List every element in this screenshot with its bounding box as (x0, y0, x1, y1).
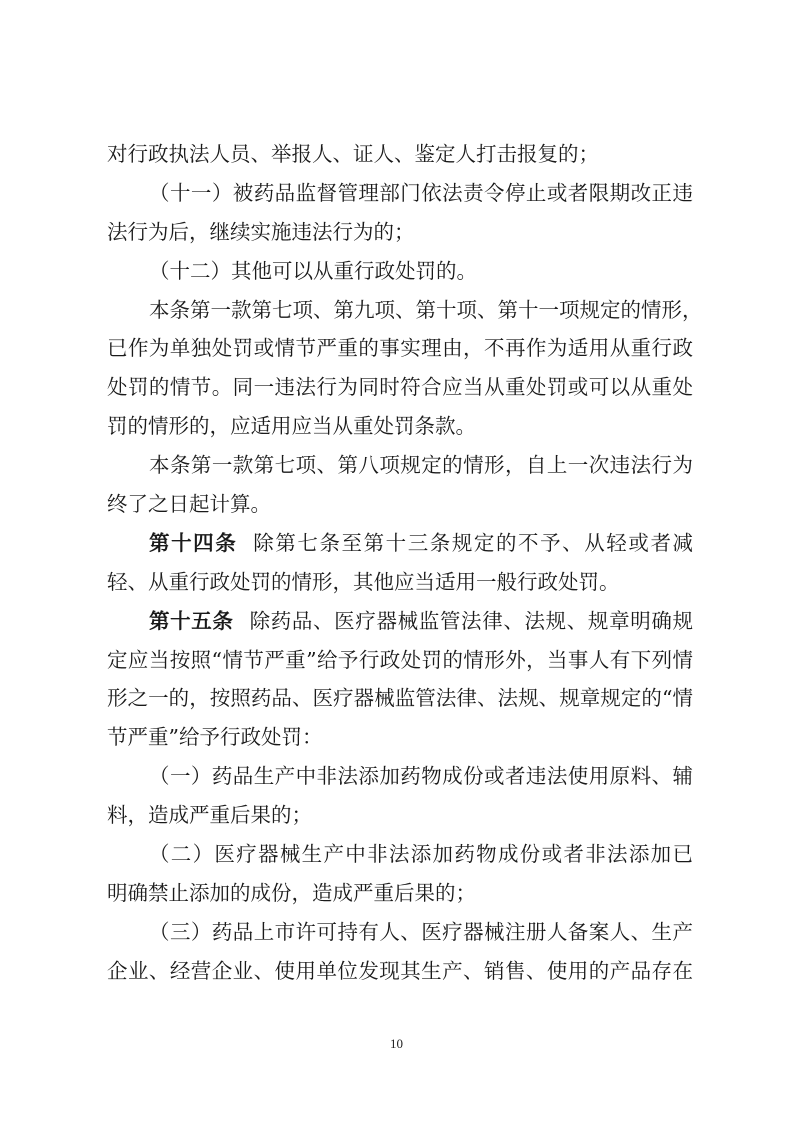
text-line-18: 料，造成严重后果的； (107, 796, 693, 835)
text-line-6: 已作为单独处罚或情节严重的事实理由，不再作为适用从重行政 (107, 329, 693, 368)
text-line-2: （十一）被药品监督管理部门依法责令停止或者限期改正违 (107, 174, 693, 213)
text-line-21: （三）药品上市许可持有人、医疗器械注册人备案人、生产 (107, 913, 693, 952)
article-14-line: 第十四条除第七条至第十三条规定的不予、从轻或者减 (107, 524, 693, 563)
text-line-17: （一）药品生产中非法添加药物成份或者违法使用原料、辅 (107, 757, 693, 796)
text-line-7: 处罚的情节。同一违法行为同时符合应当从重处罚或可以从重处 (107, 368, 693, 407)
page-number: 10 (0, 1036, 793, 1052)
text-line-4: （十二）其他可以从重行政处罚的。 (107, 252, 693, 291)
text-line-12: 轻、从重行政处罚的情形，其他应当适用一般行政处罚。 (107, 563, 693, 602)
text-line-10: 终了之日起计算。 (107, 485, 693, 524)
article-heading: 第十五条 (149, 609, 234, 633)
text-line-20: 明确禁止添加的成份，造成严重后果的； (107, 874, 693, 913)
text-line-1: 对行政执法人员、举报人、证人、鉴定人打击报复的； (107, 135, 693, 174)
text-line-9: 本条第一款第七项、第八项规定的情形，自上一次违法行为 (107, 446, 693, 485)
document-page: 对行政执法人员、举报人、证人、鉴定人打击报复的； （十一）被药品监督管理部门依法… (0, 0, 793, 1122)
document-body: 对行政执法人员、举报人、证人、鉴定人打击报复的； （十一）被药品监督管理部门依法… (107, 135, 693, 991)
text-line-3: 法行为后，继续实施违法行为的； (107, 213, 693, 252)
text-line-5: 本条第一款第七项、第九项、第十项、第十一项规定的情形， (107, 291, 693, 330)
text-line-8: 罚的情形的，应适用应当从重处罚条款。 (107, 407, 693, 446)
article-heading: 第十四条 (149, 531, 237, 555)
text-line-15: 形之一的，按照药品、医疗器械监管法律、法规、规章规定的“情 (107, 679, 693, 718)
text-line-22: 企业、经营企业、使用单位发现其生产、销售、使用的产品存在 (107, 952, 693, 991)
text-line-16: 节严重”给予行政处罚： (107, 718, 693, 757)
article-15-line: 第十五条除药品、医疗器械监管法律、法规、规章明确规 (107, 602, 693, 641)
text-line-19: （二）医疗器械生产中非法添加药物成份或者非法添加已 (107, 835, 693, 874)
text-line-14: 定应当按照“情节严重”给予行政处罚的情形外，当事人有下列情 (107, 641, 693, 680)
